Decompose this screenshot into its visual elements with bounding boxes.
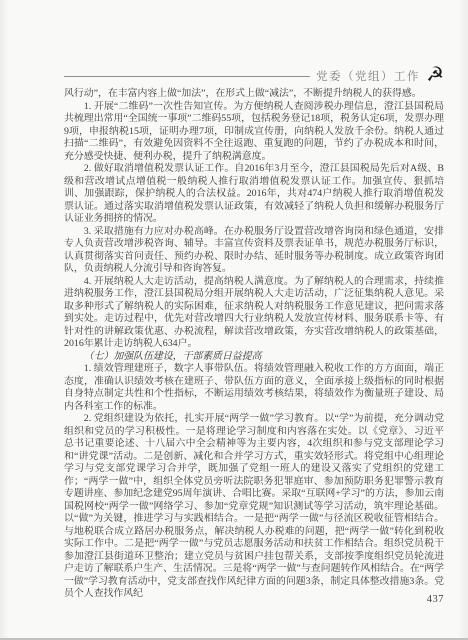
body-paragraph: 3. 采取措施有力应对办税高峰。在办税服务厅设置营改增咨询岗和绿色通道，安排专人…: [64, 226, 444, 276]
body-paragraph: 1. 绩效管理建班子，数字人事带队伍。将绩效管理融入税收工作的方方面面，端正态度…: [64, 363, 444, 413]
running-head-title: 党委（党组）工作: [316, 68, 420, 84]
document-page: 党委（党组）工作 ☭ 风行动”，在丰富内容上做“加法”，在形式上做“减法”，不断…: [0, 0, 468, 640]
page-header: 党委（党组）工作 ☭: [64, 66, 444, 86]
header-rule: [64, 76, 310, 77]
continuation-paragraph: 风行动”，在丰富内容上做“加法”，在形式上做“减法”，不断提升纳税人的获得感。: [64, 88, 444, 101]
party-emblem-icon: ☭: [426, 65, 444, 85]
page-body: 风行动”，在丰富内容上做“加法”，在形式上做“减法”，不断提升纳税人的获得感。 …: [64, 88, 444, 601]
body-paragraph: 4. 开展纳税人大走访活动，提高纳税人满意度。为了解纳税人的合理需求，持续推进纳…: [64, 276, 444, 351]
body-paragraph: 2. 做好取消增值税发票认证工作。自2016年3月至今，澄江县国税局先后对A级、…: [64, 163, 444, 226]
page-number: 437: [64, 594, 444, 605]
body-paragraph: 2. 党组织建设为依托，扎实开展“两学一做”学习教育。以“学”为前提，充分调动党…: [64, 413, 444, 601]
body-paragraph: 1. 开展“二维码”一次性告知宣传。为方便纳税人查阅涉税办理信息，澄江县国税局共…: [64, 101, 444, 164]
section-heading: （七）加强队伍建设，干部素质日益提高: [64, 351, 444, 364]
